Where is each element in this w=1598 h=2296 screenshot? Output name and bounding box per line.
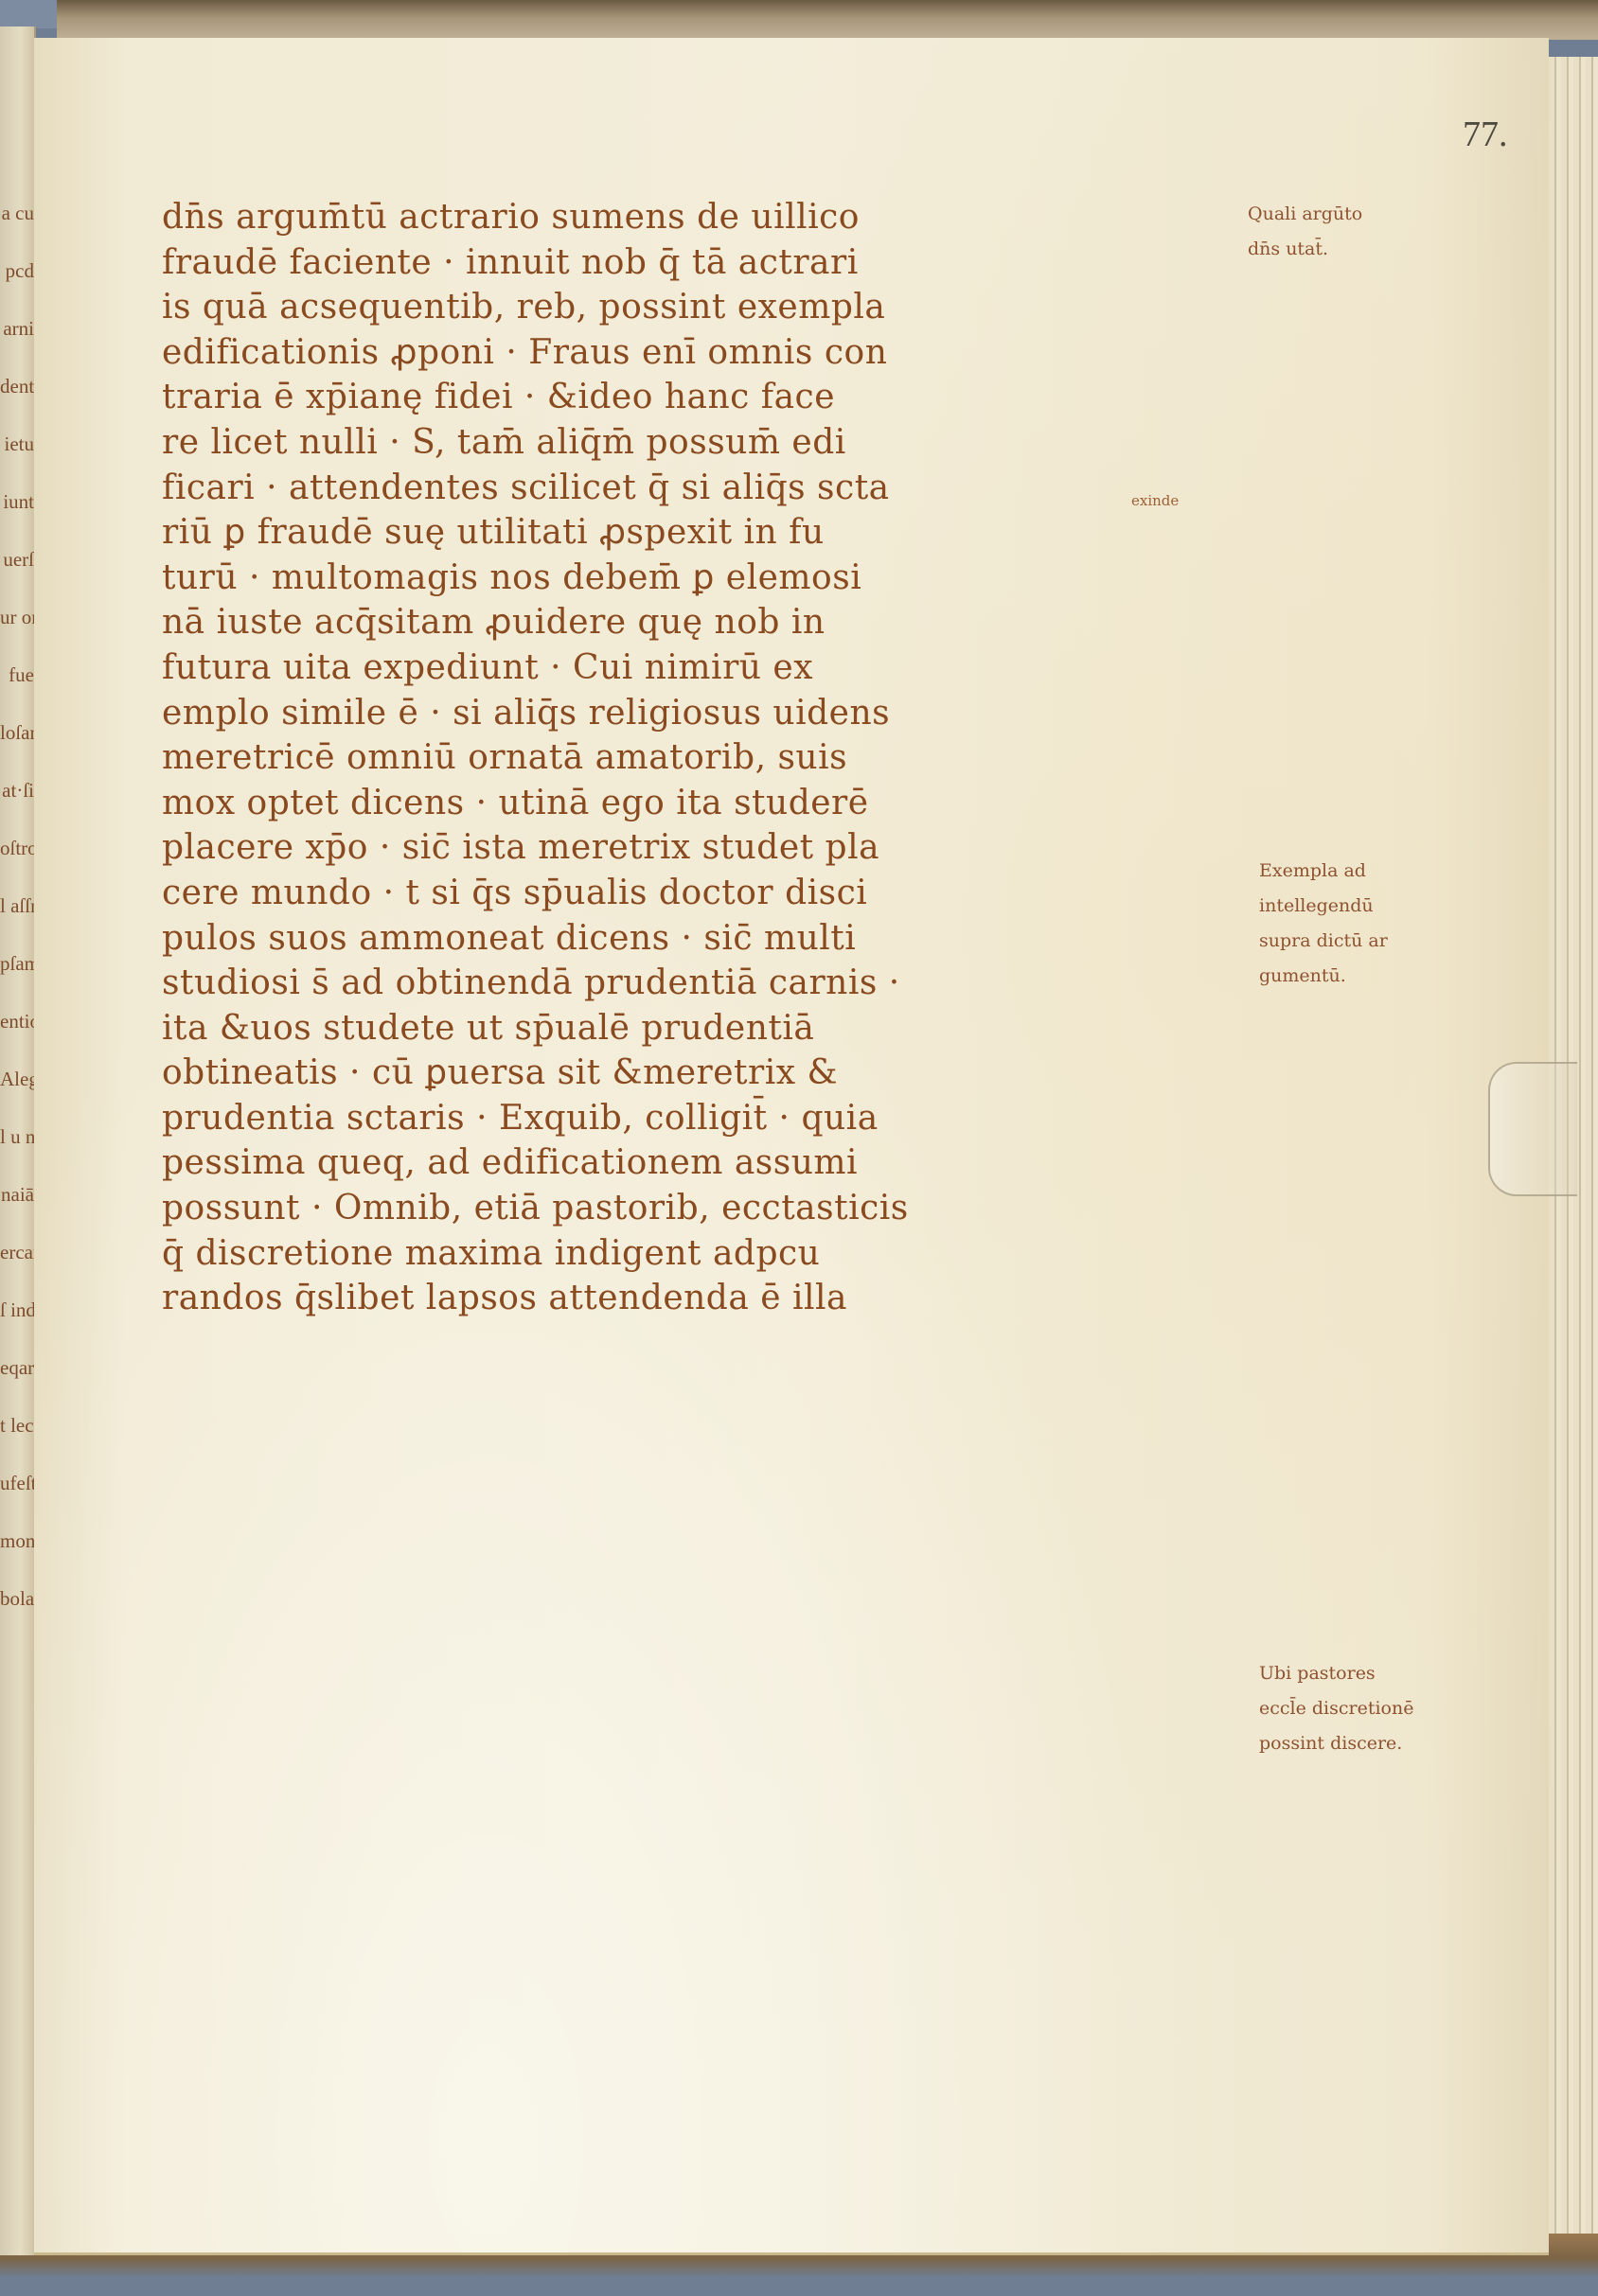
previous-page-fragment: uerſ	[0, 548, 34, 572]
gloss-line: possint discere.	[1259, 1726, 1413, 1761]
text-line: emplo simile ē · si aliq̄s religiosus ui…	[162, 691, 1260, 736]
main-text-block: dn̄s argum̄tū actrario sumens de uillico…	[162, 195, 1260, 1321]
interlinear-addition: exinde	[1131, 492, 1179, 509]
text-line: ita &uos studete ut sp̄ualē prudentiā	[162, 1006, 1260, 1051]
text-line: pulos suos ammoneat dicens · sic̄ multi	[162, 916, 1260, 962]
previous-page-fragment: ſ indi	[0, 1298, 34, 1322]
gloss-line: supra dictū ar	[1259, 924, 1388, 959]
previous-page-fragment: fue	[0, 663, 34, 687]
gloss-line: eccl̄e discretionē	[1259, 1691, 1413, 1726]
previous-page-fragment: naiā	[0, 1183, 34, 1207]
gloss-line: dn̄s utat̄.	[1248, 232, 1362, 267]
text-line: obtineatis · cū ꝑuersa sit &meretrix &	[162, 1051, 1260, 1096]
previous-page-fragment: ietu	[0, 433, 34, 456]
text-line: traria ē xp̄ianę fidei · &ideo hanc face	[162, 375, 1260, 420]
text-line: possunt · Omnib, etiā pastorib, ecctasti…	[162, 1186, 1260, 1231]
previous-page-fragment: iunt	[0, 490, 34, 514]
text-line: nā iuste acq̄sitam ꝓuidere quę nob in	[162, 600, 1260, 645]
gloss-line: Ubi pastores	[1259, 1656, 1413, 1691]
previous-page-fragment: oſtro	[0, 837, 34, 860]
text-line: mox optet dicens · utinā ego ita studerē	[162, 781, 1260, 826]
previous-page-fragment: ur or	[0, 606, 34, 629]
text-line: dn̄s argum̄tū actrario sumens de uillico	[162, 195, 1260, 240]
text-line: studiosi s̄ ad obtinendā prudentiā carni…	[162, 961, 1260, 1006]
gloss-line: intellegendū	[1259, 889, 1388, 924]
marginal-gloss-3: Ubi pastoreseccl̄e discretionēpossint di…	[1259, 1656, 1413, 1761]
previous-page-fragment: denti	[0, 375, 34, 398]
gloss-line: gumentū.	[1259, 959, 1388, 994]
text-line: meretricē omniū ornatā amatorib, suis	[162, 735, 1260, 781]
previous-page-fragment: eqar	[0, 1356, 34, 1380]
text-line: edificationis ꝓponi · Fraus enī omnis co…	[162, 330, 1260, 376]
previous-page-fragment: monı	[0, 1529, 34, 1553]
previous-page-fragment: a cu	[0, 202, 34, 225]
previous-page-fragment: Alegn	[0, 1068, 34, 1091]
previous-page-fragment: l aſſr	[0, 894, 34, 918]
previous-page-fragment: l u ne	[0, 1125, 34, 1149]
text-line: re licet nulli · S, tam̄ aliq̄m̄ possum̄…	[162, 420, 1260, 466]
text-line: prudentia sctaris · Exquib, colligit̄ · …	[162, 1096, 1260, 1141]
gloss-line: Exempla ad	[1259, 854, 1388, 889]
previous-page-fragment: arni	[0, 317, 34, 341]
text-line: turū · multomagis nos debem̄ ꝑ elemosi	[162, 556, 1260, 601]
marginal-gloss-2: Exempla adintellegendūsupra dictū argume…	[1259, 854, 1388, 994]
text-line: q̄ discretione maxima indigent adpcu	[162, 1231, 1260, 1277]
previous-page-fragment: entiont	[0, 1010, 34, 1033]
text-line: placere xp̄o · sic̄ ista meretrix studet…	[162, 825, 1260, 871]
previous-page-fragment: ufeſta	[0, 1472, 34, 1495]
previous-page-fragment: loſan	[0, 721, 34, 745]
previous-page-strip: a cupcdarnidentiietuiuntuerſur orfueloſa…	[0, 26, 36, 2255]
text-line: riū ꝑ fraudē suę utilitati ꝓspexit in fu	[162, 510, 1260, 556]
marginal-gloss-1: Quali argūtodn̄s utat̄.	[1248, 197, 1362, 267]
book-top-edge	[57, 0, 1598, 40]
previous-page-fragment: ercan	[0, 1241, 34, 1264]
text-line: ficari · attendentes scilicet q̄ si aliq…	[162, 466, 1260, 511]
folio-number: 77.	[1463, 114, 1508, 155]
text-line: is quā acsequentib, reb, possint exempla	[162, 285, 1260, 330]
previous-page-fragment: pcd	[0, 259, 34, 283]
text-line: randos q̄slibet lapsos attendenda ē illa	[162, 1276, 1260, 1321]
background-edge	[0, 0, 57, 28]
text-line: fraudē faciente · innuit nob q̄ tā actra…	[162, 240, 1260, 286]
gloss-line: Quali argūto	[1248, 197, 1362, 232]
page-clip	[1488, 1062, 1577, 1196]
text-line: futura uita expediunt · Cui nimirū ex	[162, 645, 1260, 691]
text-line: pessima queq, ad edificationem assumi	[162, 1140, 1260, 1186]
text-line: cere mundo · t si q̄s sp̄ualis doctor di…	[162, 871, 1260, 916]
previous-page-fragment: bola	[0, 1587, 34, 1611]
previous-page-fragment: at·ſi	[0, 779, 34, 803]
previous-page-fragment: t lecu	[0, 1414, 34, 1438]
previous-page-fragment: pſam	[0, 952, 34, 976]
